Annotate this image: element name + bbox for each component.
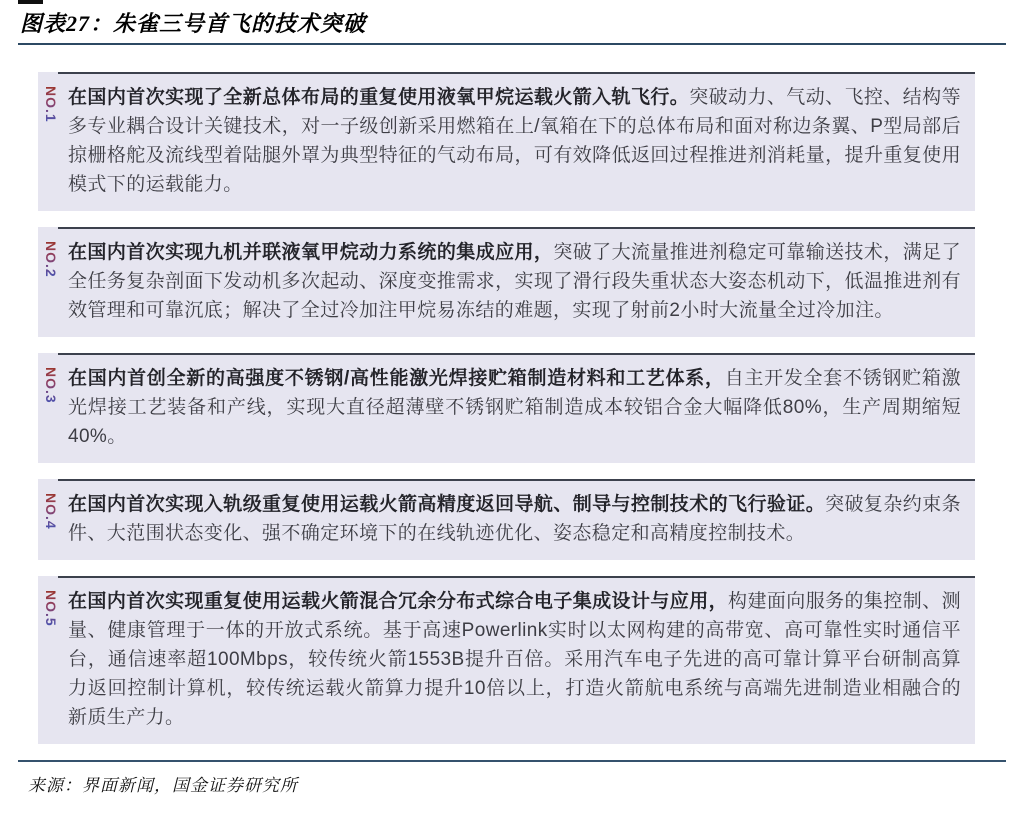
number-label-3: NO.3 bbox=[43, 367, 59, 404]
title-divider bbox=[18, 43, 1006, 45]
tech-box-5-lead: 在国内首次实现重复使用运载火箭混合冗余分布式综合电子集成设计与应用， bbox=[68, 591, 728, 612]
tech-box-2-text: 在国内首次实现九机并联液氧甲烷动力系统的集成应用，突破了大流量推进剂稳定可靠输送… bbox=[68, 238, 961, 325]
tech-box-5-text: 在国内首次实现重复使用运载火箭混合冗余分布式综合电子集成设计与应用，构建面向服务… bbox=[68, 587, 961, 732]
number-label-4: NO.4 bbox=[43, 493, 59, 530]
tech-box-3-lead: 在国内首创全新的高强度不锈钢/高性能激光焊接贮箱制造材料和工艺体系， bbox=[68, 368, 725, 389]
source-line: 来源：界面新闻，国金证券研究所 bbox=[28, 771, 1024, 796]
tech-box-2-lead: 在国内首次实现九机并联液氧甲烷动力系统的集成应用， bbox=[68, 242, 553, 263]
tech-box-4-lead: 在国内首次实现入轨级重复使用运载火箭高精度返回导航、制导与控制技术的飞行验证。 bbox=[68, 494, 825, 515]
tech-box-4-text: 在国内首次实现入轨级重复使用运载火箭高精度返回导航、制导与控制技术的飞行验证。突… bbox=[68, 490, 961, 548]
number-label-1: NO.1 bbox=[43, 86, 59, 123]
number-label-5: NO.5 bbox=[43, 590, 59, 627]
tech-box-3-text: 在国内首创全新的高强度不锈钢/高性能激光焊接贮箱制造材料和工艺体系，自主开发全套… bbox=[68, 364, 961, 451]
tech-box-5: NO.5 在国内首次实现重复使用运载火箭混合冗余分布式综合电子集成设计与应用，构… bbox=[38, 576, 975, 744]
tech-breakthrough-list: NO.1 在国内首次实现了全新总体布局的重复使用液氧甲烷运载火箭入轨飞行。突破动… bbox=[38, 72, 975, 744]
tech-box-1-lead: 在国内首次实现了全新总体布局的重复使用液氧甲烷运载火箭入轨飞行。 bbox=[68, 87, 689, 108]
tech-box-1-text: 在国内首次实现了全新总体布局的重复使用液氧甲烷运载火箭入轨飞行。突破动力、气动、… bbox=[68, 83, 961, 199]
figure-title: 图表27：朱雀三号首飞的技术突破 bbox=[0, 0, 1024, 38]
number-label-2: NO.2 bbox=[43, 241, 59, 278]
tech-box-3: NO.3 在国内首创全新的高强度不锈钢/高性能激光焊接贮箱制造材料和工艺体系，自… bbox=[38, 353, 975, 463]
tech-box-2: NO.2 在国内首次实现九机并联液氧甲烷动力系统的集成应用，突破了大流量推进剂稳… bbox=[38, 227, 975, 337]
tech-box-4: NO.4 在国内首次实现入轨级重复使用运载火箭高精度返回导航、制导与控制技术的飞… bbox=[38, 479, 975, 560]
footer-divider bbox=[18, 760, 1006, 762]
tech-box-1: NO.1 在国内首次实现了全新总体布局的重复使用液氧甲烷运载火箭入轨飞行。突破动… bbox=[38, 72, 975, 211]
top-edge-artifact bbox=[18, 0, 43, 4]
